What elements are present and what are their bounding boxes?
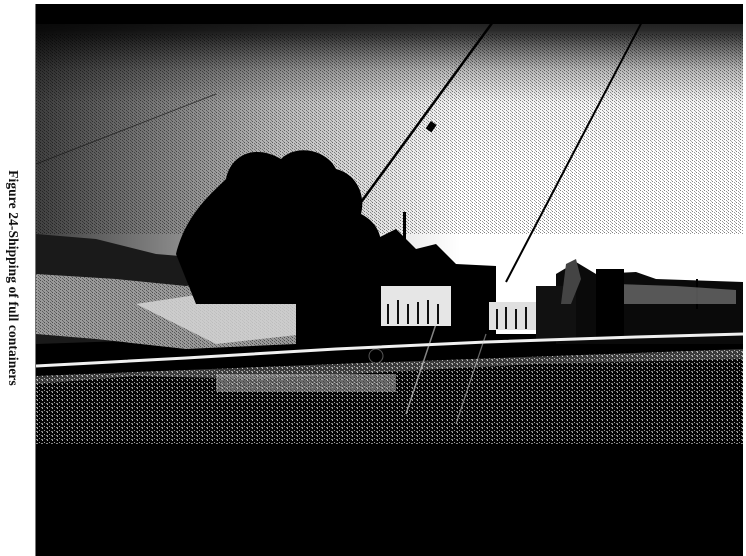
figure-caption-container: Figure 24-Shipping of full containers bbox=[2, 158, 24, 398]
photo-scene bbox=[36, 4, 743, 556]
figure-caption: Figure 24-Shipping of full containers bbox=[5, 170, 21, 386]
figure-photo bbox=[35, 4, 743, 556]
